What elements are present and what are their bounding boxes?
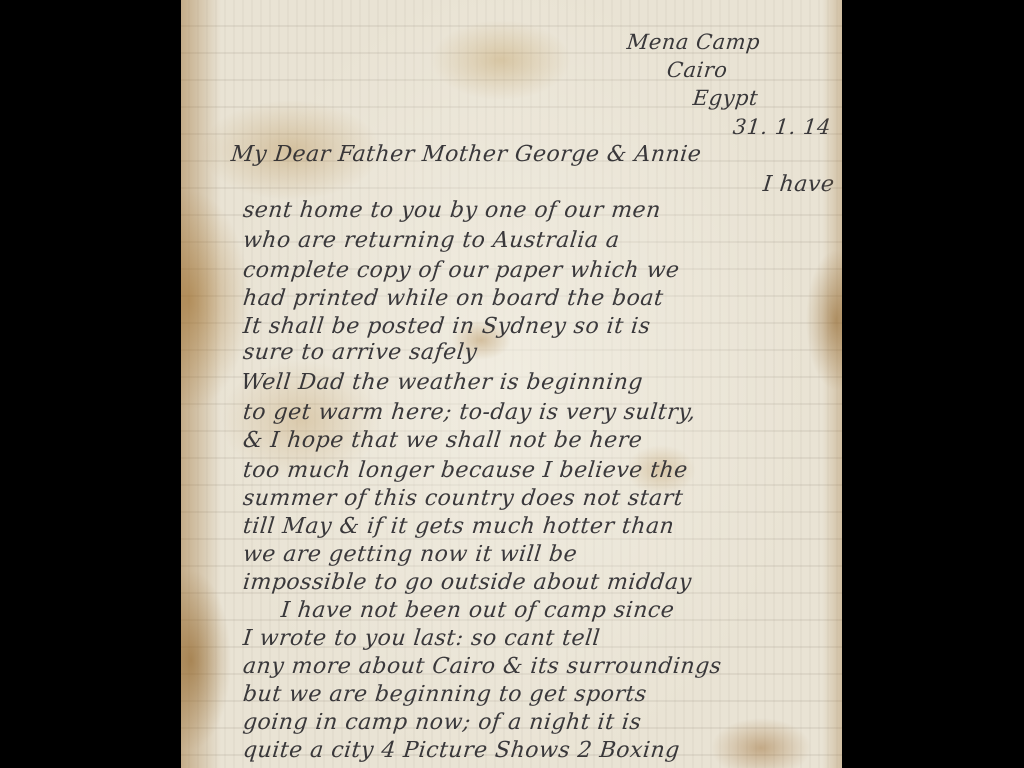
letter-line: we are getting now it will be: [242, 542, 579, 567]
letter-date: 31. 1. 14: [732, 115, 833, 139]
letter-line: It shall be posted in Sydney so it is: [242, 314, 652, 339]
letter-line: going in camp now; of a night it is: [242, 710, 643, 735]
salutation: My Dear Father Mother George & Annie: [230, 142, 703, 167]
opening-words: I have: [762, 172, 836, 197]
letter-line: I wrote to you last: so cant tell: [242, 626, 602, 651]
letter-line: any more about Cairo & its surroundings: [242, 654, 723, 679]
letter-line: sent home to you by one of our men: [242, 198, 662, 223]
letter-page: Mena Camp Cairo Egypt 31. 1. 14 My Dear …: [181, 0, 842, 768]
letter-line: impossible to go outside about midday: [242, 570, 693, 595]
letter-line: to get warm here; to-day is very sultry,: [242, 400, 697, 425]
letter-line: too much longer because I believe the: [242, 458, 689, 483]
letter-line: complete copy of our paper which we: [242, 258, 681, 283]
letter-line: sure to arrive safely: [242, 340, 479, 365]
letter-line: I have not been out of camp since: [280, 598, 676, 623]
letter-line: but we are beginning to get sports: [242, 682, 648, 707]
letter-line: summer of this country does not start: [242, 486, 685, 511]
letter-line: till May & if it gets much hotter than: [242, 514, 676, 539]
viewer-stage: Mena Camp Cairo Egypt 31. 1. 14 My Dear …: [0, 0, 1024, 768]
address-line-city: Cairo: [666, 58, 729, 82]
letter-line: & I hope that we shall not be here: [242, 428, 644, 453]
letter-line: quite a city 4 Picture Shows 2 Boxing: [242, 738, 681, 763]
address-line-camp: Mena Camp: [626, 30, 762, 54]
address-line-country: Egypt: [692, 86, 760, 110]
letter-line: had printed while on board the boat: [242, 286, 665, 311]
letter-line: Well Dad the weather is beginning: [240, 370, 645, 395]
letter-line: who are returning to Australia a: [242, 228, 621, 253]
